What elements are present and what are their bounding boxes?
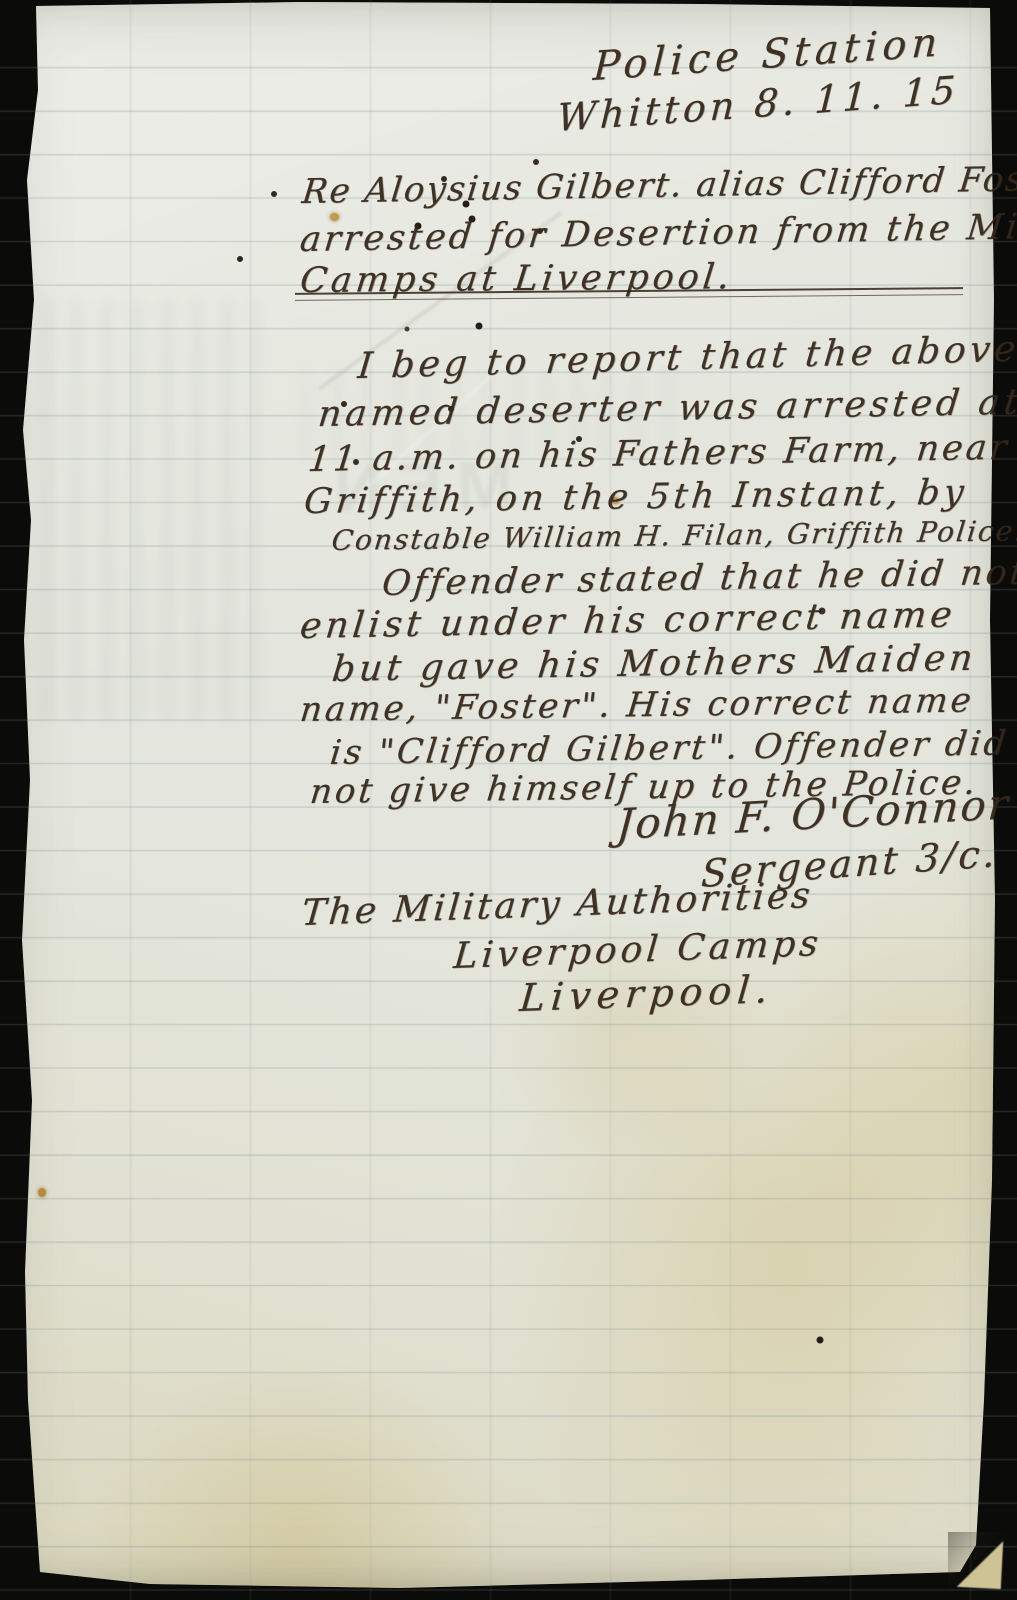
stain-spot xyxy=(38,1188,46,1197)
scanned-document: MEN Police Station Whitton 8. 11. 15 Re … xyxy=(0,0,1017,1600)
addressee-line: Liverpool. xyxy=(518,967,776,1020)
pin-holes xyxy=(0,0,4,4)
corner-fold xyxy=(957,1539,1003,1589)
